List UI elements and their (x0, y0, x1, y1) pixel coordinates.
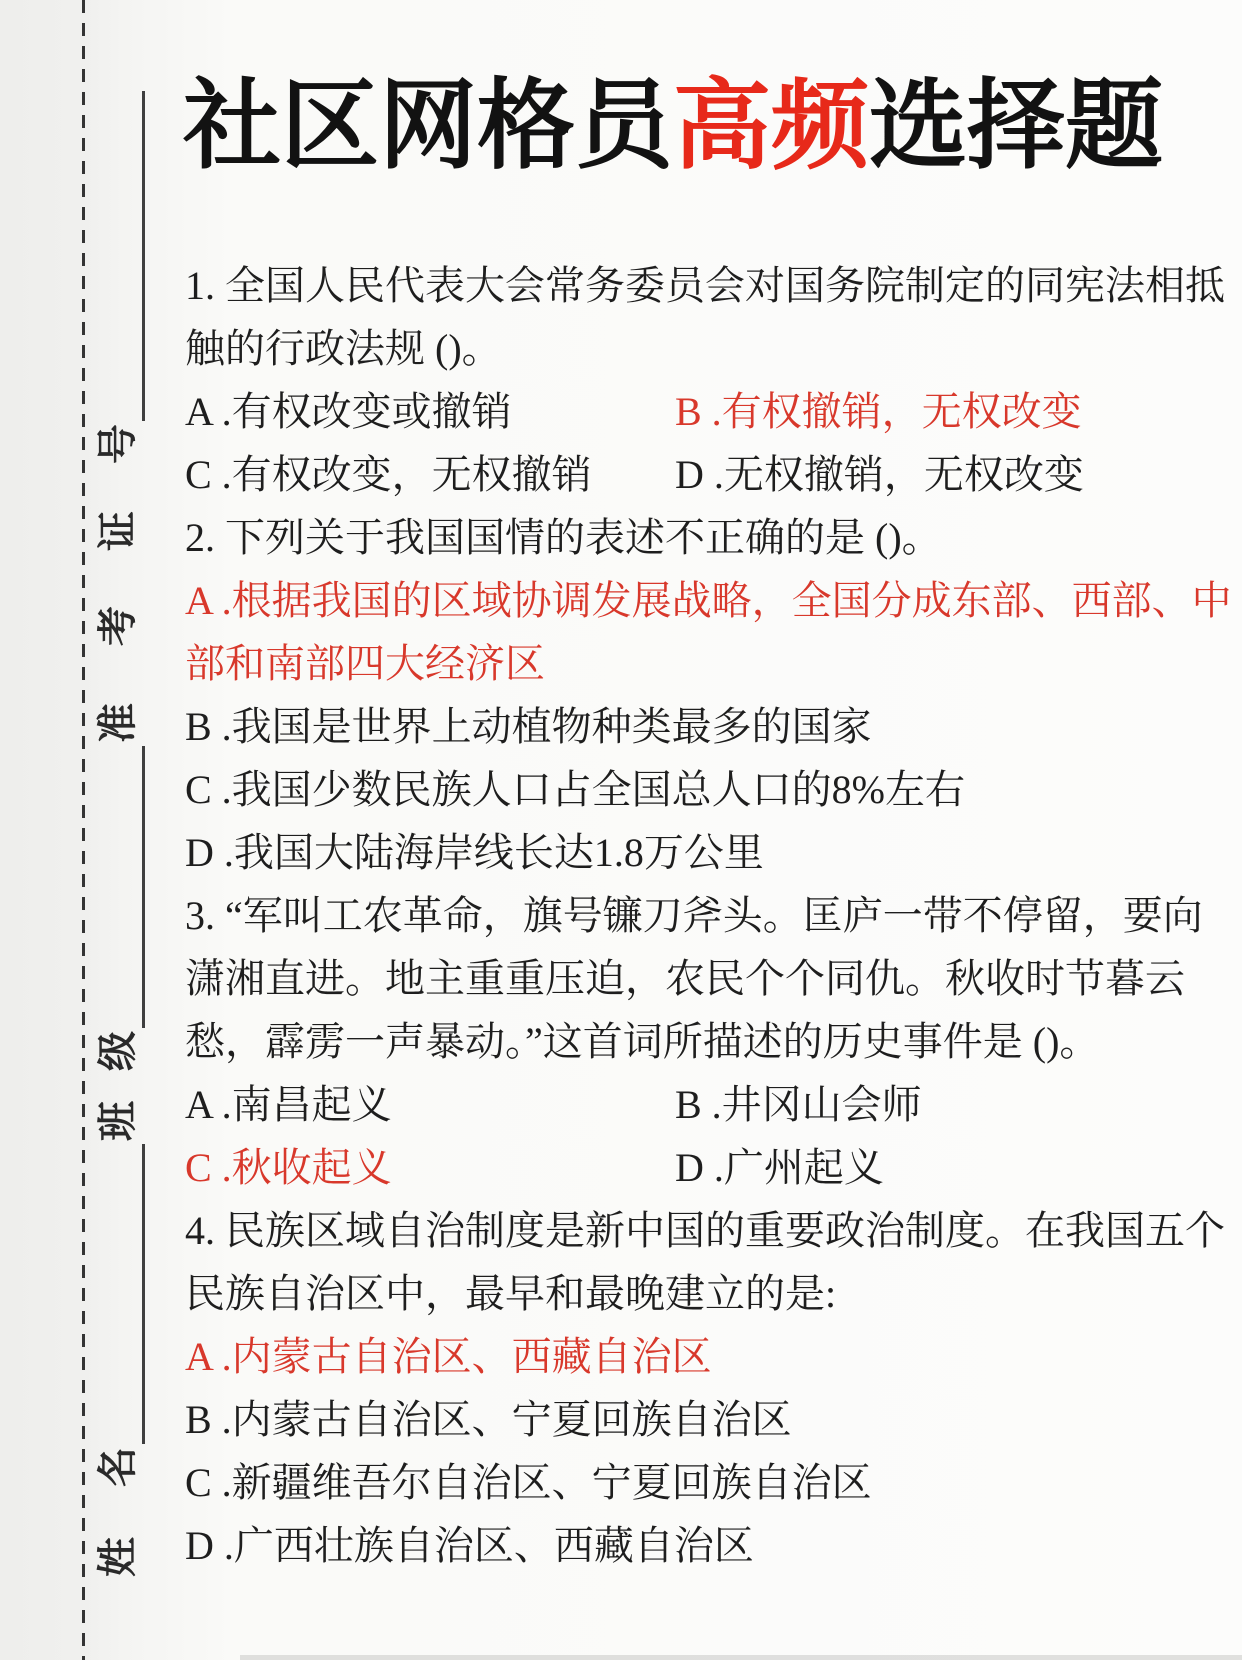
text-line: 民族自治区中，最早和最晚建立的是: (185, 1262, 1220, 1325)
q2-option-a-line-1: A .根据我国的区域协调发展战略，全国分成东部、西部、中 (185, 569, 1232, 632)
q3-stem-line-1: 3. “军叫工农革命，旗号镰刀斧头。匡庐一带不停留，要向 (185, 884, 1203, 947)
q3-option-d: D .广州起义 (675, 1136, 884, 1199)
q4-stem-line-2: 民族自治区中，最早和最晚建立的是: (185, 1262, 836, 1325)
text-line: 1. 全国人民代表大会常务委员会对国务院制定的同宪法相抵 (185, 254, 1220, 317)
seal-dashed-line (82, 0, 85, 1660)
text-line: 触的行政法规 ()。 (185, 317, 1220, 380)
q3-stem-line-2: 潇湘直进。地主重重压迫，农民个个同仇。秋收时节暮云 (185, 947, 1185, 1010)
q4-option-a: A .内蒙古自治区、西藏自治区 (185, 1325, 712, 1388)
text-line: 愁，霹雳一声暴动。”这首词所描述的历史事件是 ()。 (185, 1010, 1220, 1073)
seal-margin-label-名: 名 (92, 1444, 146, 1490)
q4-option-c: C .新疆维吾尔自治区、宁夏回族自治区 (185, 1451, 872, 1514)
text-line: A .根据我国的区域协调发展战略，全国分成东部、西部、中 (185, 569, 1220, 632)
seal-margin-label-号: 号 (92, 421, 146, 467)
title-part-highlight: 高频 (673, 73, 869, 181)
q1-option-b: B .有权撤销，无权改变 (675, 380, 1082, 443)
q2-option-b: B .我国是世界上动植物种类最多的国家 (185, 695, 872, 758)
q2-stem: 2. 下列关于我国国情的表述不正确的是 ()。 (185, 506, 942, 569)
text-line: D .我国大陆海岸线长达1.8万公里 (185, 821, 1220, 884)
q3-option-b: B .井冈山会师 (675, 1073, 922, 1136)
q4-option-b: B .内蒙古自治区、宁夏回族自治区 (185, 1388, 792, 1451)
q3-option-c: C .秋收起义 (185, 1136, 392, 1199)
q3-stem-line-3: 愁，霹雳一声暴动。”这首词所描述的历史事件是 ()。 (185, 1010, 1099, 1073)
q1-option-d: D .无权撤销，无权改变 (675, 443, 1084, 506)
questions-area: 1. 全国人民代表大会常务委员会对国务院制定的同宪法相抵触的行政法规 ()。A … (185, 254, 1220, 1614)
q1-stem-line-2: 触的行政法规 ()。 (185, 317, 502, 380)
q2-option-c: C .我国少数民族人口占全国总人口的8%左右 (185, 758, 965, 821)
seal-margin-label-考: 考 (92, 603, 146, 649)
text-line: 2. 下列关于我国国情的表述不正确的是 ()。 (185, 506, 1220, 569)
q4-stem-line-1: 4. 民族区域自治制度是新中国的重要政治制度。在我国五个 (185, 1199, 1225, 1262)
seal-margin-label-证: 证 (92, 508, 146, 554)
q4-option-d: D .广西壮族自治区、西藏自治区 (185, 1514, 754, 1577)
q2-option-d: D .我国大陆海岸线长达1.8万公里 (185, 821, 764, 884)
seal-margin-gap (92, 649, 102, 700)
text-line: A .内蒙古自治区、西藏自治区 (185, 1325, 1220, 1388)
seal-margin-label-准: 准 (92, 700, 146, 746)
q2-option-a-line-2: 部和南部四大经济区 (185, 632, 545, 695)
q1-option-c: C .有权改变，无权撤销 (185, 443, 592, 506)
text-line: 部和南部四大经济区 (185, 632, 1220, 695)
text-line: C .我国少数民族人口占全国总人口的8%左右 (185, 758, 1220, 821)
text-line: B .内蒙古自治区、宁夏回族自治区 (185, 1388, 1220, 1451)
seal-margin-gap (92, 1074, 102, 1098)
text-line: 4. 民族区域自治制度是新中国的重要政治制度。在我国五个 (185, 1199, 1220, 1262)
seal-margin-label-班: 班 (92, 1098, 146, 1144)
q1-option-a: A .有权改变或撤销 (185, 380, 512, 443)
text-line: C .有权改变，无权撤销D .无权撤销，无权改变 (185, 443, 1220, 506)
seal-margin-gap (92, 1490, 102, 1534)
text-line: B .我国是世界上动植物种类最多的国家 (185, 695, 1220, 758)
text-line: 潇湘直进。地主重重压迫，农民个个同仇。秋收时节暮云 (185, 947, 1220, 1010)
seal-margin-label-级: 级 (92, 1028, 146, 1074)
q1-stem-line-1: 1. 全国人民代表大会常务委员会对国务院制定的同宪法相抵 (185, 254, 1225, 317)
text-line: D .广西壮族自治区、西藏自治区 (185, 1514, 1220, 1577)
seal-margin-blank-line (92, 91, 145, 421)
text-line: A .南昌起义B .井冈山会师 (185, 1073, 1220, 1136)
seal-margin-gap (92, 467, 102, 508)
page-bottom-edge (240, 1655, 1242, 1660)
q3-option-a: A .南昌起义 (185, 1073, 392, 1136)
seal-margin-blank-line (92, 1144, 145, 1444)
seal-margin: 姓名班级准考证号 (92, 72, 148, 1580)
text-line: A .有权改变或撤销B .有权撤销，无权改变 (185, 380, 1220, 443)
title-part-2: 选择题 (869, 73, 1163, 181)
seal-margin-gap (92, 554, 102, 603)
text-line: C .新疆维吾尔自治区、宁夏回族自治区 (185, 1451, 1220, 1514)
text-line: C .秋收起义D .广州起义 (185, 1136, 1220, 1199)
text-line: 3. “军叫工农革命，旗号镰刀斧头。匡庐一带不停留，要向 (185, 884, 1220, 947)
seal-margin-label-姓: 姓 (92, 1534, 146, 1580)
seal-margin-blank-line (92, 746, 145, 1028)
title-part-1: 社区网格员 (183, 73, 673, 181)
page-title: 社区网格员高频选择题 (183, 60, 1163, 194)
